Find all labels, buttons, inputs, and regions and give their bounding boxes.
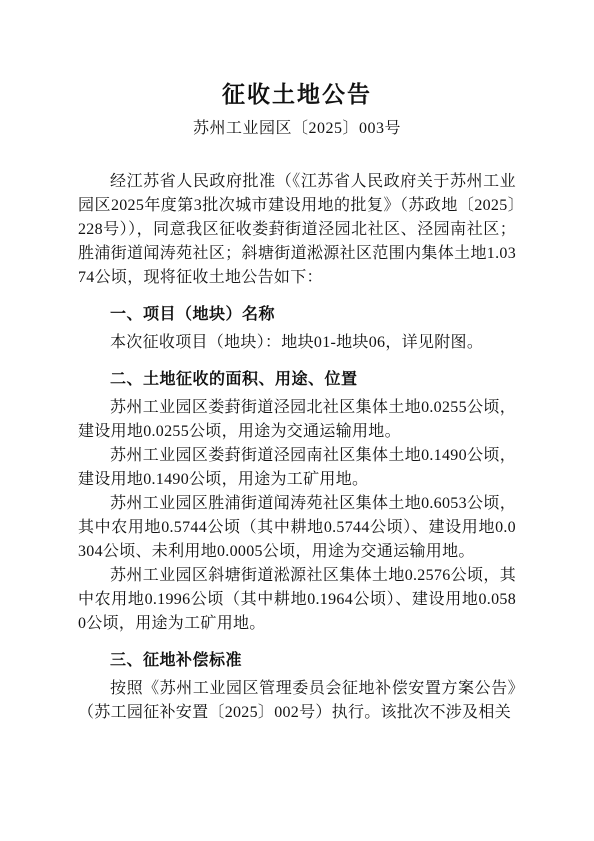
section-1-heading: 一、项目（地块）名称 xyxy=(78,303,516,327)
document-body: 经江苏省人民政府批准（《江苏省人民政府关于苏州工业园区2025年度第3批次城市建… xyxy=(78,170,516,725)
document-number: 苏州工业园区〔2025〕003号 xyxy=(78,118,516,140)
section-2-heading: 二、土地征收的面积、用途、位置 xyxy=(78,368,516,392)
section-2-paragraph-3: 苏州工业园区胜浦街道闻涛苑社区集体土地0.6053公顷，其中农用地0.5744公… xyxy=(78,492,516,564)
section-2-paragraph-4: 苏州工业园区斜塘街道淞源社区集体土地0.2576公顷，其中农用地0.1996公顷… xyxy=(78,564,516,636)
section-3-heading: 三、征地补偿标准 xyxy=(78,649,516,673)
section-2-paragraph-2: 苏州工业园区娄葑街道泾园南社区集体土地0.1490公顷，建设用地0.1490公顷… xyxy=(78,444,516,492)
document-page: 征收土地公告 苏州工业园区〔2025〕003号 经江苏省人民政府批准（《江苏省人… xyxy=(0,0,594,841)
document-title: 征收土地公告 xyxy=(78,80,516,110)
section-1-paragraph-1: 本次征收项目（地块）：地块01-地块06，详见附图。 xyxy=(78,331,516,355)
intro-paragraph: 经江苏省人民政府批准（《江苏省人民政府关于苏州工业园区2025年度第3批次城市建… xyxy=(78,170,516,290)
section-3-paragraph-1: 按照《苏州工业园区管理委员会征地补偿安置方案公告》（苏工园征补安置〔2025〕0… xyxy=(78,677,516,725)
section-2-paragraph-1: 苏州工业园区娄葑街道泾园北社区集体土地0.0255公顷，建设用地0.0255公顷… xyxy=(78,396,516,444)
